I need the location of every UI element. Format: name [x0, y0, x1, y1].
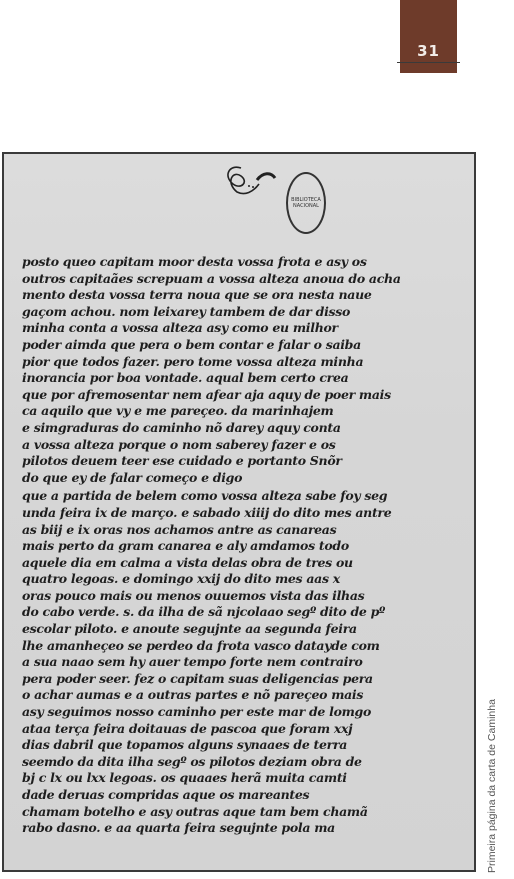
manuscript-line: unda feira ix de março. e sabado xiiij d…	[22, 505, 462, 522]
manuscript-line: mais perto da gram canarea e aly amdamos…	[22, 538, 462, 555]
manuscript-line: a sua naao sem hy auer tempo forte nem c…	[22, 654, 462, 671]
manuscript-line: posto queo capitam moor desta vossa frot…	[22, 254, 462, 271]
manuscript-line: quatro legoas. e domingo xxij do dito me…	[22, 571, 462, 588]
manuscript-line: que a partida de belem como vossa alteza…	[22, 488, 462, 505]
manuscript-line: bj c lx ou lxx legoas. os quaaes herã mu…	[22, 770, 462, 787]
manuscript-line: escolar piloto. e anoute segujnte aa seg…	[22, 621, 462, 638]
manuscript-line: aquele dia em calma a vista delas obra d…	[22, 555, 462, 572]
manuscript-line: outros capitaães screpuam a vossa alteza…	[22, 271, 462, 288]
manuscript-line: chamam botelho e asy outras aque tam bem…	[22, 804, 462, 821]
page-number: 31	[400, 42, 457, 60]
manuscript-line: ataa terça feira doitauas de pascoa que …	[22, 721, 462, 738]
page-tab-rule	[397, 62, 460, 63]
signature-mark-icon	[219, 162, 279, 196]
library-stamp: BIBLIOTECA NACIONAL	[286, 172, 326, 234]
manuscript-line: minha conta a vossa alteza asy como eu m…	[22, 320, 462, 337]
manuscript-line: asy seguimos nosso caminho per este mar …	[22, 704, 462, 721]
figure-caption: Primeira página da carta de Caminha	[486, 699, 498, 873]
manuscript-line: pera poder seer. fez o capitam suas deli…	[22, 671, 462, 688]
manuscript-line: poder aimda que pera o bem contar e fala…	[22, 337, 462, 354]
stamp-text: BIBLIOTECA NACIONAL	[288, 197, 324, 209]
manuscript-line: ca aquilo que vy e me pareçeo. da marinh…	[22, 403, 462, 420]
manuscript-text: posto queo capitam moor desta vossa frot…	[22, 254, 462, 837]
manuscript-line: do cabo verde. s. da ilha de sã njcolaao…	[22, 604, 462, 621]
manuscript-line: o achar aumas e a outras partes e nõ par…	[22, 687, 462, 704]
manuscript-line: dade deruas compridas aque os mareantes	[22, 787, 462, 804]
manuscript-line: inorancia por boa vontade. aqual bem cer…	[22, 370, 462, 387]
manuscript-line: mento desta vossa terra noua que se ora …	[22, 287, 462, 304]
manuscript-line: as biij e ix oras nos achamos antre as c…	[22, 522, 462, 539]
manuscript-line: que por afremosentar nem afear aja aquy …	[22, 387, 462, 404]
manuscript-line: lhe amanheçeo se perdeo da frota vasco d…	[22, 638, 462, 655]
manuscript-line: oras pouco mais ou menos ouuemos vista d…	[22, 588, 462, 605]
manuscript-line: do que ey de falar começo e digo	[22, 470, 462, 487]
manuscript-image: BIBLIOTECA NACIONAL posto queo capitam m…	[2, 152, 476, 872]
manuscript-line: rabo dasno. e aa quarta feira segujnte p…	[22, 820, 462, 837]
manuscript-line: pilotos deuem teer ese cuidado e portant…	[22, 453, 462, 470]
manuscript-line: e simgraduras do caminho nõ darey aquy c…	[22, 420, 462, 437]
manuscript-line: a vossa alteza porque o nom saberey faze…	[22, 437, 462, 454]
manuscript-line: dias dabril que topamos alguns synaaes d…	[22, 737, 462, 754]
manuscript-line: gaçom achou. nom leixarey tambem de dar …	[22, 304, 462, 321]
manuscript-line: pior que todos fazer. pero tome vossa al…	[22, 354, 462, 371]
manuscript-line: seemdo da dita ilha segº os pilotos dezi…	[22, 754, 462, 771]
